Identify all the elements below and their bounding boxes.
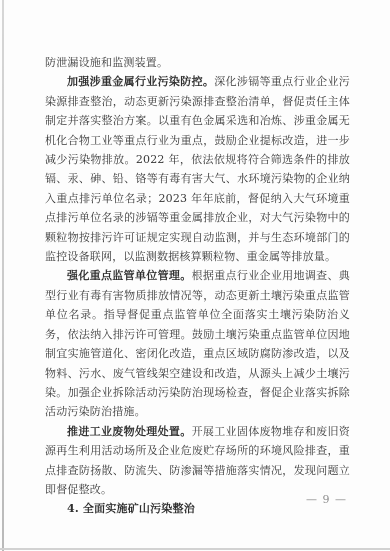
scan-edge-bottom xyxy=(0,548,390,550)
section-heading-4: 4. 全面实施矿山污染整治 xyxy=(45,499,350,518)
scan-edge-left xyxy=(2,0,4,551)
paragraph-text: 根据重点行业企业用地调查、典型行业有毒有害物质排放情况等，动态更新土壤污染重点监… xyxy=(45,269,350,418)
paragraph-text: 深化涉镉等重点行业企业污染源排查整治，动态更新污染源排查整治清单，督促责任主体制… xyxy=(45,75,350,263)
page-number: — 9 — xyxy=(306,493,346,506)
section-heading-text: 4. 全面实施矿山污染整治 xyxy=(67,502,195,515)
document-page: 防泄漏设施和监测装置。 加强涉重金属行业污染防控。深化涉镉等重点行业企业污染源排… xyxy=(0,0,390,551)
body-paragraph-continuation: 防泄漏设施和监测装置。 xyxy=(45,53,350,72)
paragraph-lead: 强化重点监管单位管理。 xyxy=(67,269,192,282)
paragraph-text: 防泄漏设施和监测装置。 xyxy=(45,56,168,69)
paragraph-lead: 推进工业废物处理处置。 xyxy=(67,425,192,438)
body-paragraph: 强化重点监管单位管理。根据重点行业企业用地调查、典型行业有毒有害物质排放情况等，… xyxy=(45,266,350,421)
body-paragraph: 加强涉重金属行业污染防控。深化涉镉等重点行业企业污染源排查整治，动态更新污染源排… xyxy=(45,72,350,266)
body-paragraph: 推进工业废物处理处置。开展工业固体废物堆存和废旧资源再生利用活动场所及企业危废贮… xyxy=(45,422,350,500)
paragraph-lead: 加强涉重金属行业污染防控。 xyxy=(67,75,214,88)
document-body: 防泄漏设施和监测装置。 加强涉重金属行业污染防控。深化涉镉等重点行业企业污染源排… xyxy=(45,53,350,519)
